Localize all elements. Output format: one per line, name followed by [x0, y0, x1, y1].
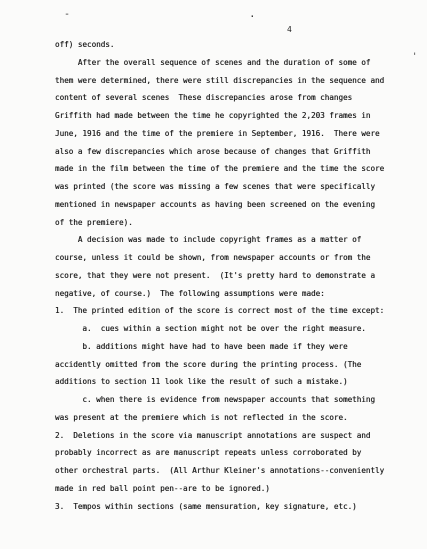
- stray-mark-dot: .: [249, 7, 256, 20]
- text-line: score, that they were not present. (It's…: [55, 267, 384, 285]
- typewritten-body-text: off) seconds. After the overall sequence…: [55, 36, 384, 515]
- stray-mark-dash: -: [64, 9, 70, 20]
- page-number: 4: [287, 25, 292, 34]
- text-line: made in the film between the time of the…: [55, 160, 384, 178]
- text-line: also a few discrepancies which arose bec…: [55, 143, 384, 161]
- text-line: off) seconds.: [55, 36, 384, 54]
- text-line: probably incorrect as are manuscript rep…: [55, 444, 384, 462]
- text-line: them were determined, there were still d…: [55, 72, 384, 90]
- text-line: a. cues within a section might not be ov…: [55, 320, 384, 338]
- text-line: c. when there is evidence from newspaper…: [55, 391, 384, 409]
- text-line: was present at the premiere which is not…: [55, 409, 384, 427]
- text-line: June, 1916 and the time of the premiere …: [55, 125, 384, 143]
- text-line: other orchestral parts. (All Arthur Klei…: [55, 462, 384, 480]
- text-line: Griffith had made between the time he co…: [55, 107, 384, 125]
- text-line: negative, of course.) The following assu…: [55, 285, 384, 303]
- text-line: b. additions might have had to have been…: [55, 338, 384, 356]
- text-line: was printed (the score was missing a few…: [55, 178, 384, 196]
- text-line: additions to section 11 look like the re…: [55, 373, 384, 391]
- text-line: 1. The printed edition of the score is c…: [55, 302, 384, 320]
- text-line: course, unless it could be shown, from n…: [55, 249, 384, 267]
- text-line: 3. Tempos within sections (same mensurat…: [55, 498, 384, 516]
- text-line: 2. Deletions in the score via manuscript…: [55, 427, 384, 445]
- text-line: mentioned in newspaper accounts as havin…: [55, 196, 384, 214]
- text-line: accidently omitted from the score during…: [55, 356, 384, 374]
- text-line: content of several scenes These discrepa…: [55, 89, 384, 107]
- scan-content: - . 4 ' off) seconds. After the overall …: [0, 0, 427, 549]
- text-line: of the premiere).: [55, 214, 384, 232]
- scanned-document-page: - . 4 ' off) seconds. After the overall …: [0, 0, 427, 549]
- text-line: After the overall sequence of scenes and…: [55, 54, 384, 72]
- stray-mark-tick: ': [412, 52, 417, 62]
- text-line: made in red ball point pen--are to be ig…: [55, 480, 384, 498]
- text-line: A decision was made to include copyright…: [55, 231, 384, 249]
